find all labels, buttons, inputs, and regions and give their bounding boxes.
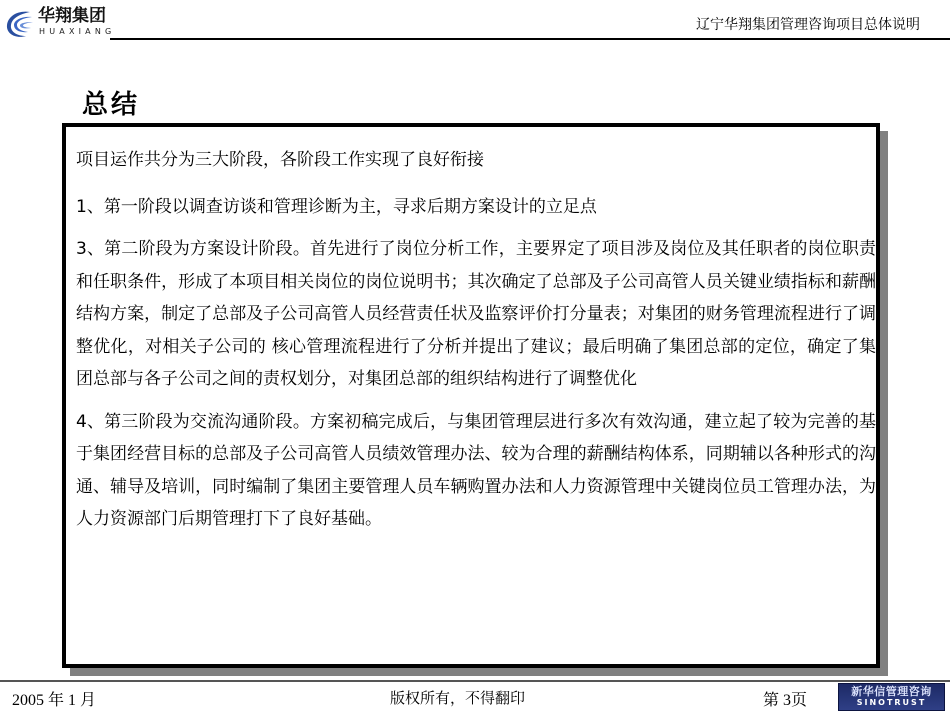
summary-phase-1: 1、第一阶段以调查访谈和管理诊断为主，寻求后期方案设计的立足点 <box>76 191 876 224</box>
footer-divider <box>0 680 950 682</box>
document-title: 辽宁华翔集团管理咨询项目总体说明 <box>696 14 920 34</box>
footer-date: 2005 年 1 月 <box>12 687 96 710</box>
summary-intro: 项目运作共分为三大阶段，各阶段工作实现了良好衔接 <box>76 144 876 177</box>
slide-title: 总结 <box>82 84 140 121</box>
summary-phase-2: 3、第二阶段为方案设计阶段。首先进行了岗位分析工作，主要界定了项目涉及岗位及其任… <box>76 233 876 396</box>
sinotrust-logo: 新华信管理咨询 SINOTRUST <box>838 683 945 711</box>
summary-text: 项目运作共分为三大阶段，各阶段工作实现了良好衔接 1、第一阶段以调查访谈和管理诊… <box>76 144 876 546</box>
summary-box: 项目运作共分为三大阶段，各阶段工作实现了良好衔接 1、第一阶段以调查访谈和管理诊… <box>62 123 880 668</box>
footer-copyright: 版权所有，不得翻印 <box>390 687 525 708</box>
header-divider <box>110 38 950 40</box>
summary-phase-3: 4、第三阶段为交流沟通阶段。方案初稿完成后，与集团管理层进行多次有效沟通，建立起… <box>76 406 876 536</box>
sinotrust-logo-en: SINOTRUST <box>839 698 944 708</box>
page-number: 第 3页 <box>763 687 807 710</box>
globe-swoosh-icon <box>4 8 36 40</box>
sinotrust-logo-cn: 新华信管理咨询 <box>839 685 944 698</box>
huaxiang-logo: 华翔集团 HUAXIANG <box>4 6 114 40</box>
logo-text-cn: 华翔集团 <box>38 7 106 25</box>
logo-text-en: HUAXIANG <box>39 27 115 36</box>
